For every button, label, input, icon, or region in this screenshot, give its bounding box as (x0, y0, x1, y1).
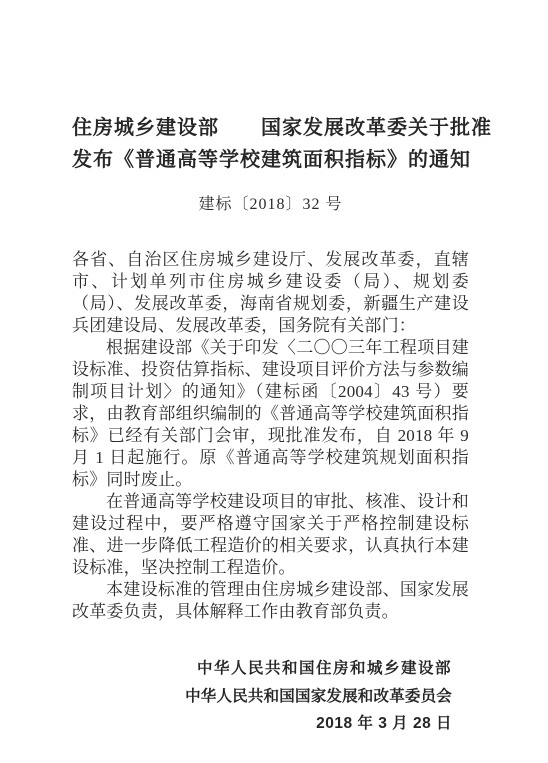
body-paragraph-3: 本建设标准的管理由住房城乡建设部、国家发展改革委负责，具体解释工作由教育部负责。 (72, 579, 469, 623)
document-content: 住房城乡建设部 国家发展改革委关于批准 发布《普通高等学校建筑面积指标》的通知 … (72, 0, 469, 738)
body-paragraph-1: 根据建设部《关于印发〈二〇〇三年工程项目建设标准、投资估算指标、建设项目评价方法… (72, 337, 469, 491)
doc-number: 建标〔2018〕32 号 (72, 194, 469, 216)
signature-block: 中华人民共和国住房和城乡建设部 中华人民共和国国家发展和改革委员会 2018 年… (72, 655, 452, 738)
document-title-line-1: 住房城乡建设部 国家发展改革委关于批准 (72, 112, 469, 144)
document-page: 住房城乡建设部 国家发展改革委关于批准 发布《普通高等学校建筑面积指标》的通知 … (0, 0, 548, 763)
document-body: 各省、自治区住房城乡建设厅、发展改革委，直辖市、计划单列市住房城乡建设委（局）、… (72, 249, 469, 623)
body-paragraph-2: 在普通高等学校建设项目的审批、核准、设计和建设过程中，要严格遵守国家关于严格控制… (72, 491, 469, 579)
signature-org-1: 中华人民共和国住房和城乡建设部 (72, 655, 452, 683)
document-title-line-2: 发布《普通高等学校建筑面积指标》的通知 (72, 144, 469, 176)
salutation-paragraph: 各省、自治区住房城乡建设厅、发展改革委，直辖市、计划单列市住房城乡建设委（局）、… (72, 249, 469, 337)
signature-org-2: 中华人民共和国国家发展和改革委员会 (72, 683, 452, 711)
signature-date: 2018 年 3 月 28 日 (72, 710, 452, 738)
document-title: 住房城乡建设部 国家发展改革委关于批准 发布《普通高等学校建筑面积指标》的通知 (72, 112, 469, 176)
